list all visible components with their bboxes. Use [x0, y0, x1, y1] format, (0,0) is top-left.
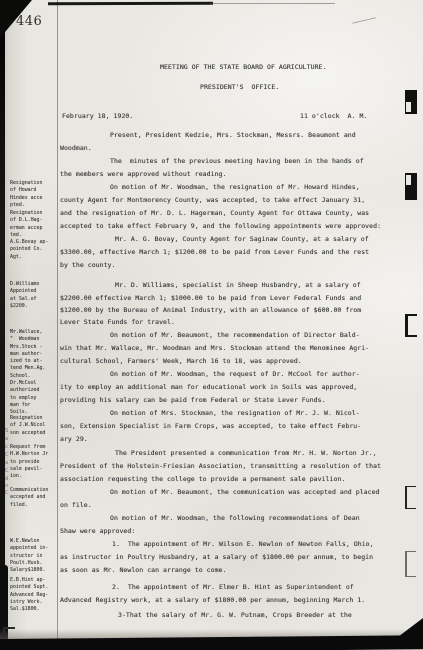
meeting-title: MEETING OF THE STATE BOARD OF AGRICULTUR…: [160, 63, 326, 71]
body-line: Present, President Kedzie, Mrs. Stockman…: [110, 131, 356, 139]
meeting-date: February 18, 1920.: [62, 112, 133, 120]
body-line: son, Extension Specialist in Farm Crops,…: [60, 422, 361, 430]
edge-letter: a: [5, 460, 8, 466]
body-line: Shaw were approved:: [60, 527, 135, 535]
body-line: by the county.: [60, 261, 116, 269]
margin-note: W.E.Newlon appointed in- structor in Pou…: [10, 538, 62, 574]
right-scan-bracket-2: [405, 486, 416, 509]
margin-note: Resignation of Howard Hindes acce pted.: [10, 180, 62, 209]
bottom-scan-bar: [0, 635, 423, 650]
top-edge-line: [48, 2, 213, 5]
margin-note: Resignation of D.L.Hag- erman accep ted.: [10, 210, 62, 239]
margin-note: D.Williams Appointed at Sal.of $2200.: [10, 281, 62, 310]
body-line: accepted to take effect February 9, and …: [60, 222, 381, 230]
body-line: and the resignation of Mr. D. L. Hagerma…: [60, 209, 369, 217]
body-line: On motion of Mr. Woodman, the resignatio…: [110, 183, 360, 191]
margin-note: A.G.Bovay ap- pointed Co. Agt.: [10, 239, 62, 261]
body-line: Mr. D. Williams, specialist in Sheep Hus…: [115, 281, 361, 289]
body-line: Lever State Funds for travel.: [60, 318, 175, 326]
body-line: as instructor in Poultry Husbandry, at a…: [60, 553, 373, 561]
edge-letter: n: [5, 483, 8, 489]
body-line: Mr. A. G. Bovay, County Agent for Sagina…: [115, 235, 369, 243]
top-right-scratch: [352, 17, 376, 23]
body-line: on file.: [60, 501, 92, 509]
body-line: cultural School, Farmers' Week, March 16…: [60, 357, 302, 365]
body-line: On motion of Mr. Beaumont, the communica…: [110, 488, 380, 496]
margin-note: Communication accepted and filed.: [10, 487, 62, 509]
right-scan-mark-1-notch: [406, 102, 411, 112]
edge-letter: a: [5, 436, 8, 442]
body-line: On motion of Mr. Beaumont, the recommend…: [110, 331, 360, 339]
body-line: ity to employ an additional man for educ…: [60, 383, 357, 391]
body-line: 1. The appointment of Mr. Wilson E. Newl…: [112, 540, 374, 548]
body-line: county Agent for Montmorency County, was…: [60, 196, 365, 204]
body-line: $1200.00 by the Bureau of Animal Industr…: [60, 306, 361, 314]
left-scan-edge: [0, 0, 5, 650]
body-line: On motion of Mr. Woodman, the request of…: [110, 370, 360, 378]
top-edge-line-faint: [210, 3, 335, 4]
body-line: Woodman.: [60, 144, 92, 152]
right-scan-bracket-3: [405, 551, 416, 577]
right-scan-mark-2-notch: [406, 175, 411, 185]
body-line: President of the Holstein-Friesian Assoc…: [60, 462, 381, 470]
edge-letter: S: [5, 428, 8, 434]
page-number: 446: [16, 14, 42, 29]
right-scan-mark-2: [405, 173, 417, 200]
body-line: $3300.00, effective March 1; $1200.00 to…: [60, 248, 369, 256]
scanned-minutes-page: 446 MEETING OF THE STATE BOARD OF AGRICU…: [0, 0, 423, 650]
bottom-left-bracket: [3, 627, 15, 638]
body-line: association requesting the college to pr…: [60, 475, 345, 483]
margin-note: E.B.Hint ap- pointed Supt. Advanced Reg-…: [10, 577, 62, 613]
right-scan-bracket-1: [405, 314, 417, 337]
edge-letter: C: [5, 468, 9, 474]
body-line: On motion of Mr. Woodman, the following …: [110, 514, 360, 522]
edge-letter: d: [5, 476, 8, 482]
body-line: The President presented a communication …: [115, 449, 377, 457]
body-line: The minutes of the previous meeting havi…: [110, 157, 364, 165]
margin-note: Request from H.W.Norton Jr to provide sa…: [10, 444, 62, 480]
body-line: providing his salary can be paid from Fe…: [60, 396, 326, 404]
edge-letter: C: [5, 490, 9, 496]
office-heading: PRESIDENT'S OFFICE.: [200, 83, 279, 91]
margin-note: Dr.McCool authorized to employ man for S…: [10, 380, 62, 416]
body-line: On motion of Mrs. Stockman, the resignat…: [110, 409, 360, 417]
body-line: 2. The appointment of Mr. Elmer B. Hint …: [112, 583, 354, 591]
body-line: Advanced Registry work, at a salary of $…: [60, 596, 365, 604]
body-line: 3-That the salary of Mr. G. W. Putnam, C…: [118, 611, 352, 619]
meeting-time: 11 o'clock A. M.: [300, 112, 367, 120]
right-scan-mark-1: [405, 90, 417, 114]
body-line: win that Mr. Wallace, Mr. Woodman and Mr…: [60, 344, 369, 352]
margin-note: Resignation of J.W.Nicol son accepted: [10, 415, 62, 437]
body-line: ary 29.: [60, 435, 88, 443]
edge-letter: C: [5, 452, 9, 458]
edge-letter: c: [5, 444, 8, 450]
body-line: $2200.00 effective March 1; $1000.00 to …: [60, 294, 361, 302]
body-line: as soon as Mr. Newlon can arrange to com…: [60, 566, 226, 574]
body-line: the members were approved without readin…: [60, 170, 226, 178]
margin-note: Mr.Wallace, " Woodman Mrs.Stock - man au…: [10, 329, 62, 380]
